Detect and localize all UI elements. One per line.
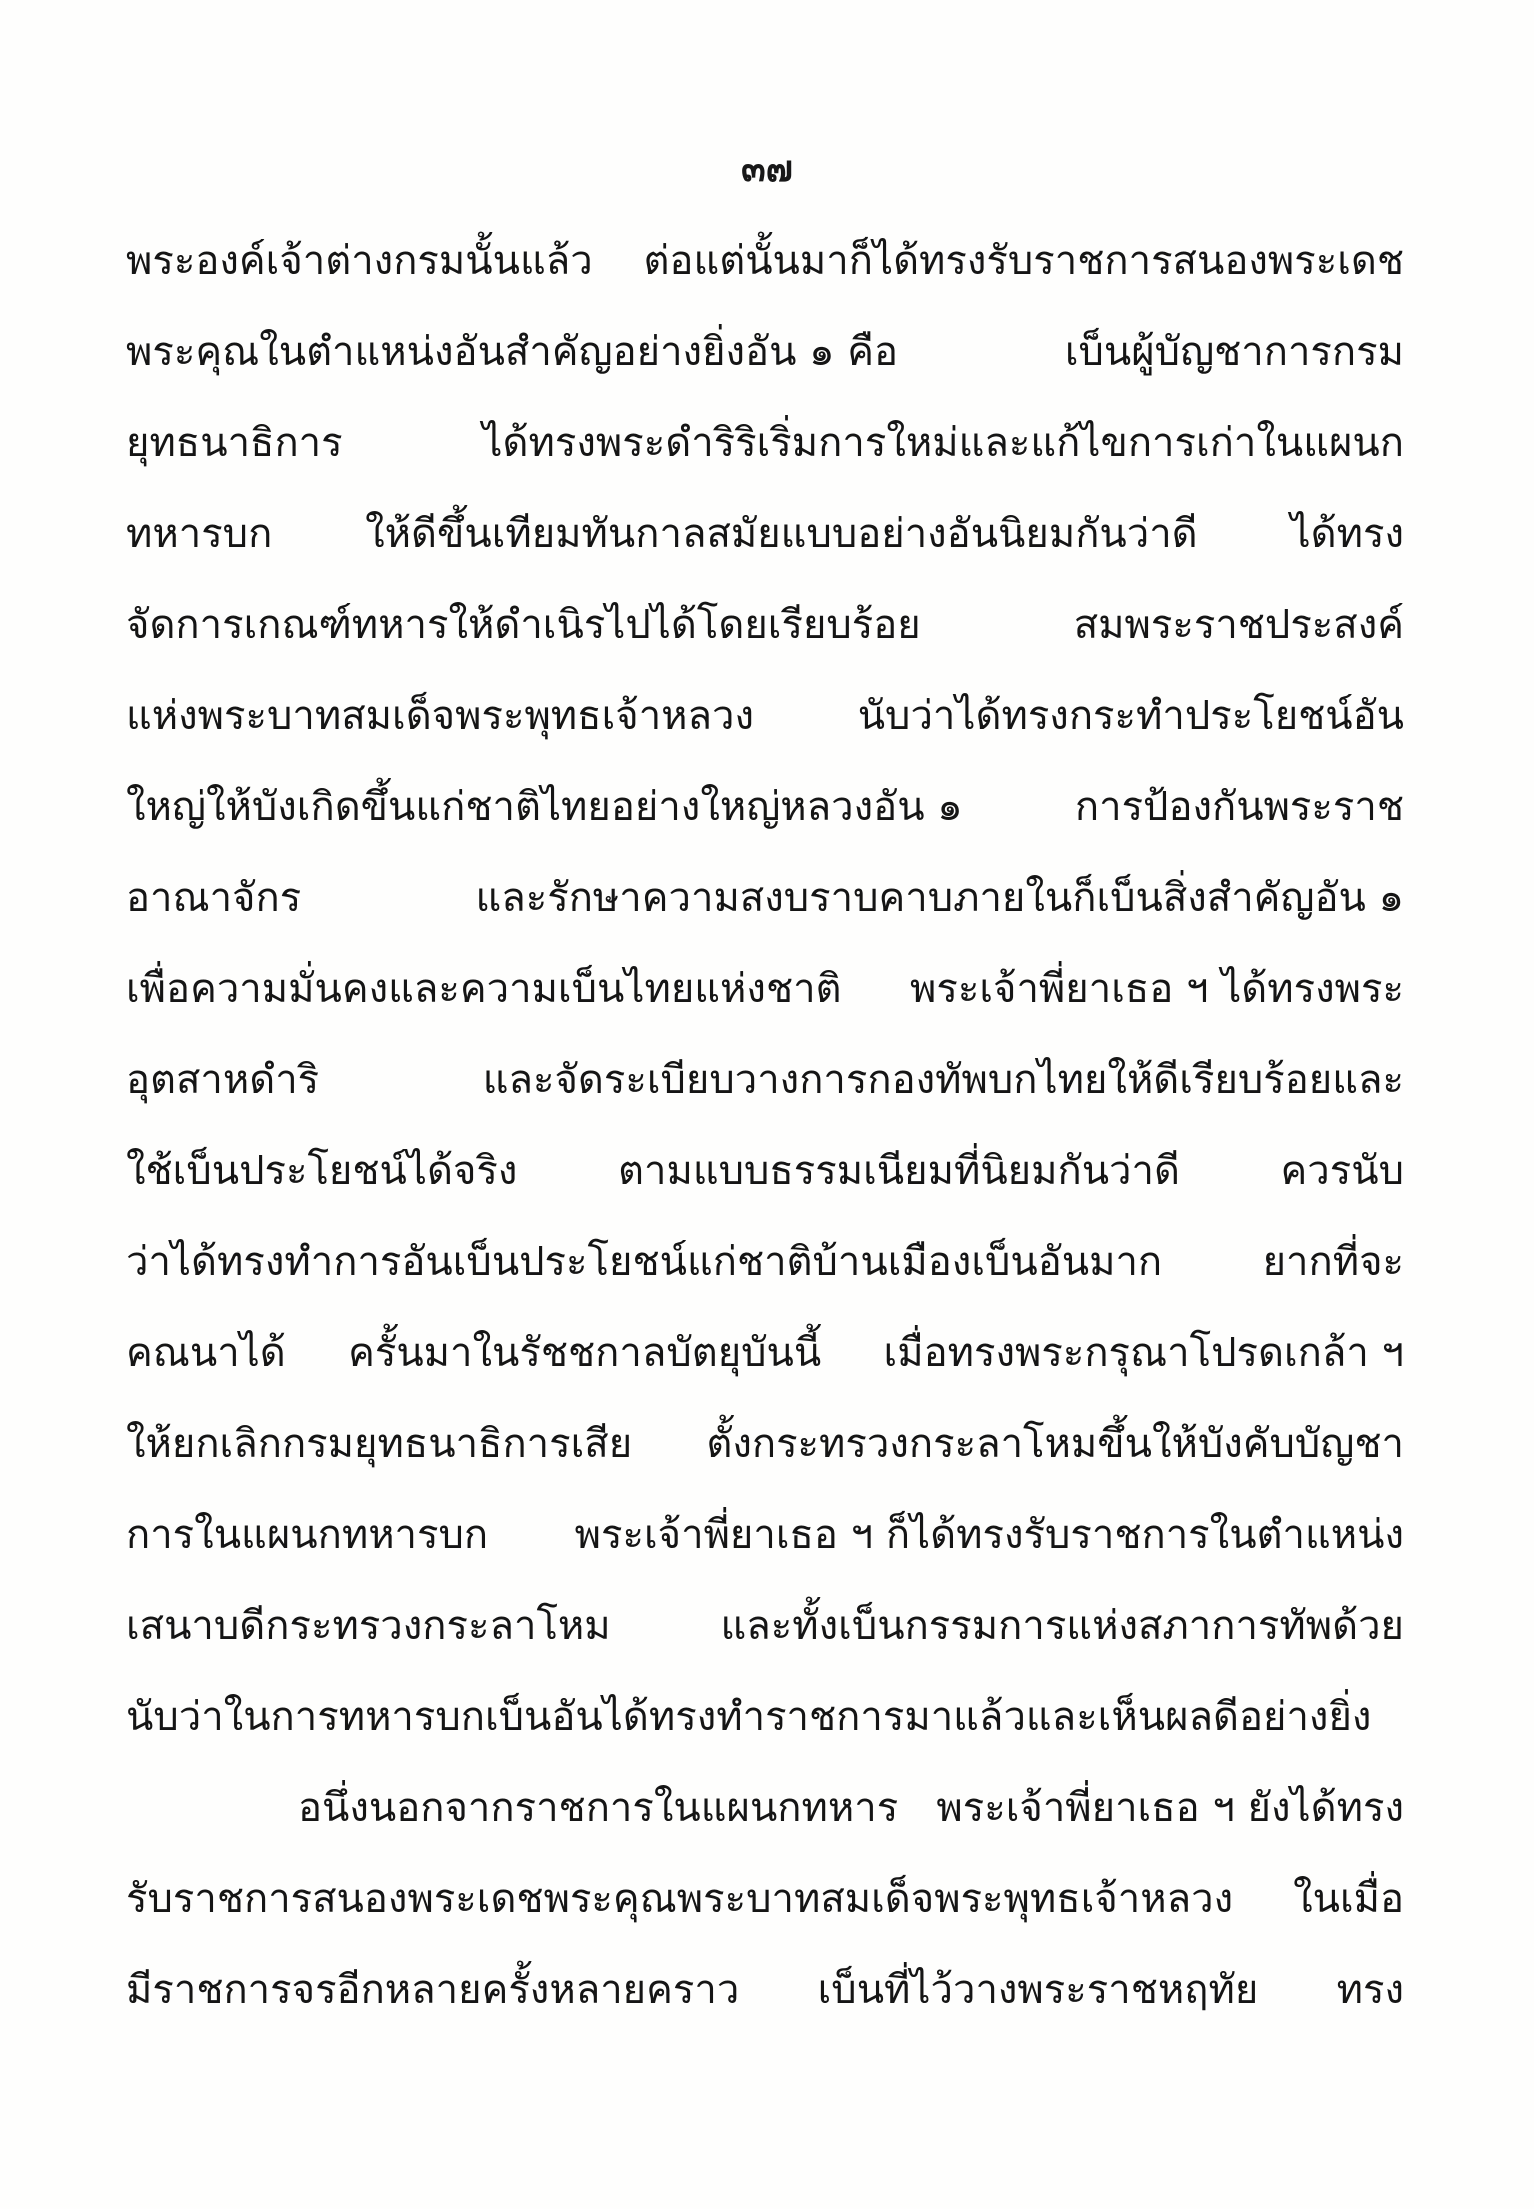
- text-segment: ใช้เบ็นประโยชน์ได้จริง: [126, 1141, 517, 1201]
- text-segment: นับว่าได้ทรงกระทำประโยชน์อัน: [858, 686, 1404, 746]
- text-segment: พระเจ้าพี่ยาเธอ ฯ ก็ได้ทรงรับราชการในตำแ…: [575, 1505, 1404, 1565]
- text-segment: สมพระราชประสงค์: [1074, 595, 1404, 655]
- text-segment: นับว่าในการทหารบกเบ็นอันได้ทรงทำราชการมา…: [126, 1687, 1371, 1747]
- text-line: นับว่าในการทหารบกเบ็นอันได้ทรงทำราชการมา…: [126, 1656, 1404, 1747]
- text-segment: ยากที่จะ: [1263, 1232, 1404, 1292]
- text-line: อนึ่งนอกจากราชการในแผนกทหารพระเจ้าพี่ยาเ…: [126, 1747, 1404, 1838]
- text-segment: พระเจ้าพี่ยาเธอ ฯ ได้ทรงพระ: [910, 959, 1404, 1019]
- text-line: ยุทธนาธิการได้ทรงพระดำริริเริ่มการใหม่แล…: [126, 382, 1404, 473]
- text-segment: จัดการเกณฑ์ทหารให้ดำเนิรไปได้โดยเรียบร้อ…: [126, 595, 921, 655]
- text-line: การในแผนกทหารบกพระเจ้าพี่ยาเธอ ฯ ก็ได้ทร…: [126, 1474, 1404, 1565]
- text-line: พระองค์เจ้าต่างกรมนั้นแล้วต่อแต่นั้นมาก็…: [126, 200, 1404, 291]
- text-segment: เสนาบดีกระทรวงกระลาโหม: [126, 1596, 611, 1656]
- text-line: อาณาจักรและรักษาความสงบราบคาบภายในก็เบ็น…: [126, 837, 1404, 928]
- text-segment: คณนาได้: [126, 1323, 286, 1383]
- text-segment: ในเมื่อ: [1293, 1869, 1404, 1929]
- text-segment: ทรง: [1337, 1960, 1404, 2020]
- text-line: ใช้เบ็นประโยชน์ได้จริงตามแบบธรรมเนียมที่…: [126, 1110, 1404, 1201]
- text-segment: ว่าได้ทรงทำการอันเบ็นประโยชน์แก่ชาติบ้าน…: [126, 1232, 1162, 1292]
- text-segment: ได้ทรงพระดำริริเริ่มการใหม่และแก้ไขการเก…: [482, 413, 1404, 473]
- document-page: ๓๗ พระองค์เจ้าต่างกรมนั้นแล้วต่อแต่นั้นม…: [0, 0, 1534, 2209]
- text-segment: และจัดระเบียบวางการกองทัพบกไทยให้ดีเรียบ…: [483, 1050, 1404, 1110]
- text-line: แห่งพระบาทสมเด็จพระพุทธเจ้าหลวงนับว่าได้…: [126, 655, 1404, 746]
- text-segment: เบ็นที่ไว้วางพระราชหฤทัย: [818, 1960, 1259, 2020]
- text-segment: ต่อแต่นั้นมาก็ได้ทรงรับราชการสนองพระเดช: [643, 231, 1404, 291]
- text-line: ว่าได้ทรงทำการอันเบ็นประโยชน์แก่ชาติบ้าน…: [126, 1201, 1404, 1292]
- text-line: เพื่อความมั่นคงและความเบ็นไทยแห่งชาติพระ…: [126, 928, 1404, 1019]
- text-segment: ทหารบก: [126, 504, 272, 564]
- text-segment: ครั้นมาในรัชชกาลบัตยุบันนี้: [348, 1323, 821, 1383]
- text-line: มีราชการจรอีกหลายครั้งหลายคราวเบ็นที่ไว้…: [126, 1929, 1404, 2020]
- text-segment: และรักษาความสงบราบคาบภายในก็เบ็นสิ่งสำคั…: [475, 868, 1404, 928]
- text-line: ให้ยกเลิกกรมยุทธนาธิการเสียตั้งกระทรวงกร…: [126, 1383, 1404, 1474]
- text-segment: เบ็นผู้บัญชาการกรม: [1065, 322, 1404, 382]
- text-segment: พระเจ้าพี่ยาเธอ ฯ ยังได้ทรง: [936, 1778, 1404, 1838]
- page-number: ๓๗: [0, 140, 1534, 197]
- text-segment: อุตสาหดำริ: [126, 1050, 319, 1110]
- text-segment: การในแผนกทหารบก: [126, 1505, 488, 1565]
- text-segment: ตั้งกระทรวงกระลาโหมขึ้นให้บังคับบัญชา: [706, 1414, 1404, 1474]
- text-segment: การป้องกันพระราช: [1075, 777, 1404, 837]
- text-segment: ใหญ่ให้บังเกิดขึ้นแก่ชาติไทยอย่างใหญ่หลว…: [126, 777, 963, 837]
- text-line: เสนาบดีกระทรวงกระลาโหมและทั้งเบ็นกรรมการ…: [126, 1565, 1404, 1656]
- text-segment: แห่งพระบาทสมเด็จพระพุทธเจ้าหลวง: [126, 686, 754, 746]
- text-segment: ให้ดีขึ้นเทียมทันกาลสมัยแบบอย่างอันนิยมก…: [365, 504, 1198, 564]
- text-line: จัดการเกณฑ์ทหารให้ดำเนิรไปได้โดยเรียบร้อ…: [126, 564, 1404, 655]
- text-segment: รับราชการสนองพระเดชพระคุณพระบาทสมเด็จพระ…: [126, 1869, 1233, 1929]
- text-line: ทหารบกให้ดีขึ้นเทียมทันกาลสมัยแบบอย่างอั…: [126, 473, 1404, 564]
- text-line: อุตสาหดำริและจัดระเบียบวางการกองทัพบกไทย…: [126, 1019, 1404, 1110]
- text-line: คณนาได้ครั้นมาในรัชชกาลบัตยุบันนี้เมื่อท…: [126, 1292, 1404, 1383]
- text-block: พระองค์เจ้าต่างกรมนั้นแล้วต่อแต่นั้นมาก็…: [126, 200, 1404, 2020]
- text-line: ใหญ่ให้บังเกิดขึ้นแก่ชาติไทยอย่างใหญ่หลว…: [126, 746, 1404, 837]
- text-segment: เมื่อทรงพระกรุณาโปรดเกล้า ฯ: [884, 1323, 1404, 1383]
- text-segment: ยุทธนาธิการ: [126, 413, 343, 473]
- text-segment: ควรนับ: [1281, 1141, 1404, 1201]
- text-segment: ให้ยกเลิกกรมยุทธนาธิการเสีย: [126, 1414, 632, 1474]
- text-segment: และทั้งเบ็นกรรมการแห่งสภาการทัพด้วย: [721, 1596, 1405, 1656]
- text-line: รับราชการสนองพระเดชพระคุณพระบาทสมเด็จพระ…: [126, 1838, 1404, 1929]
- text-segment: พระองค์เจ้าต่างกรมนั้นแล้ว: [126, 231, 593, 291]
- text-segment: ได้ทรง: [1291, 504, 1404, 564]
- text-segment: มีราชการจรอีกหลายครั้งหลายคราว: [126, 1960, 739, 2020]
- text-line: พระคุณในตำแหน่งอันสำคัญอย่างยิ่งอัน ๑ คื…: [126, 291, 1404, 382]
- text-segment: ตามแบบธรรมเนียมที่นิยมกันว่าดี: [618, 1141, 1180, 1201]
- text-segment: อนึ่งนอกจากราชการในแผนกทหาร: [298, 1778, 898, 1838]
- text-segment: พระคุณในตำแหน่งอันสำคัญอย่างยิ่งอัน ๑ คื…: [126, 322, 898, 382]
- text-segment: อาณาจักร: [126, 868, 301, 928]
- text-segment: เพื่อความมั่นคงและความเบ็นไทยแห่งชาติ: [126, 959, 842, 1019]
